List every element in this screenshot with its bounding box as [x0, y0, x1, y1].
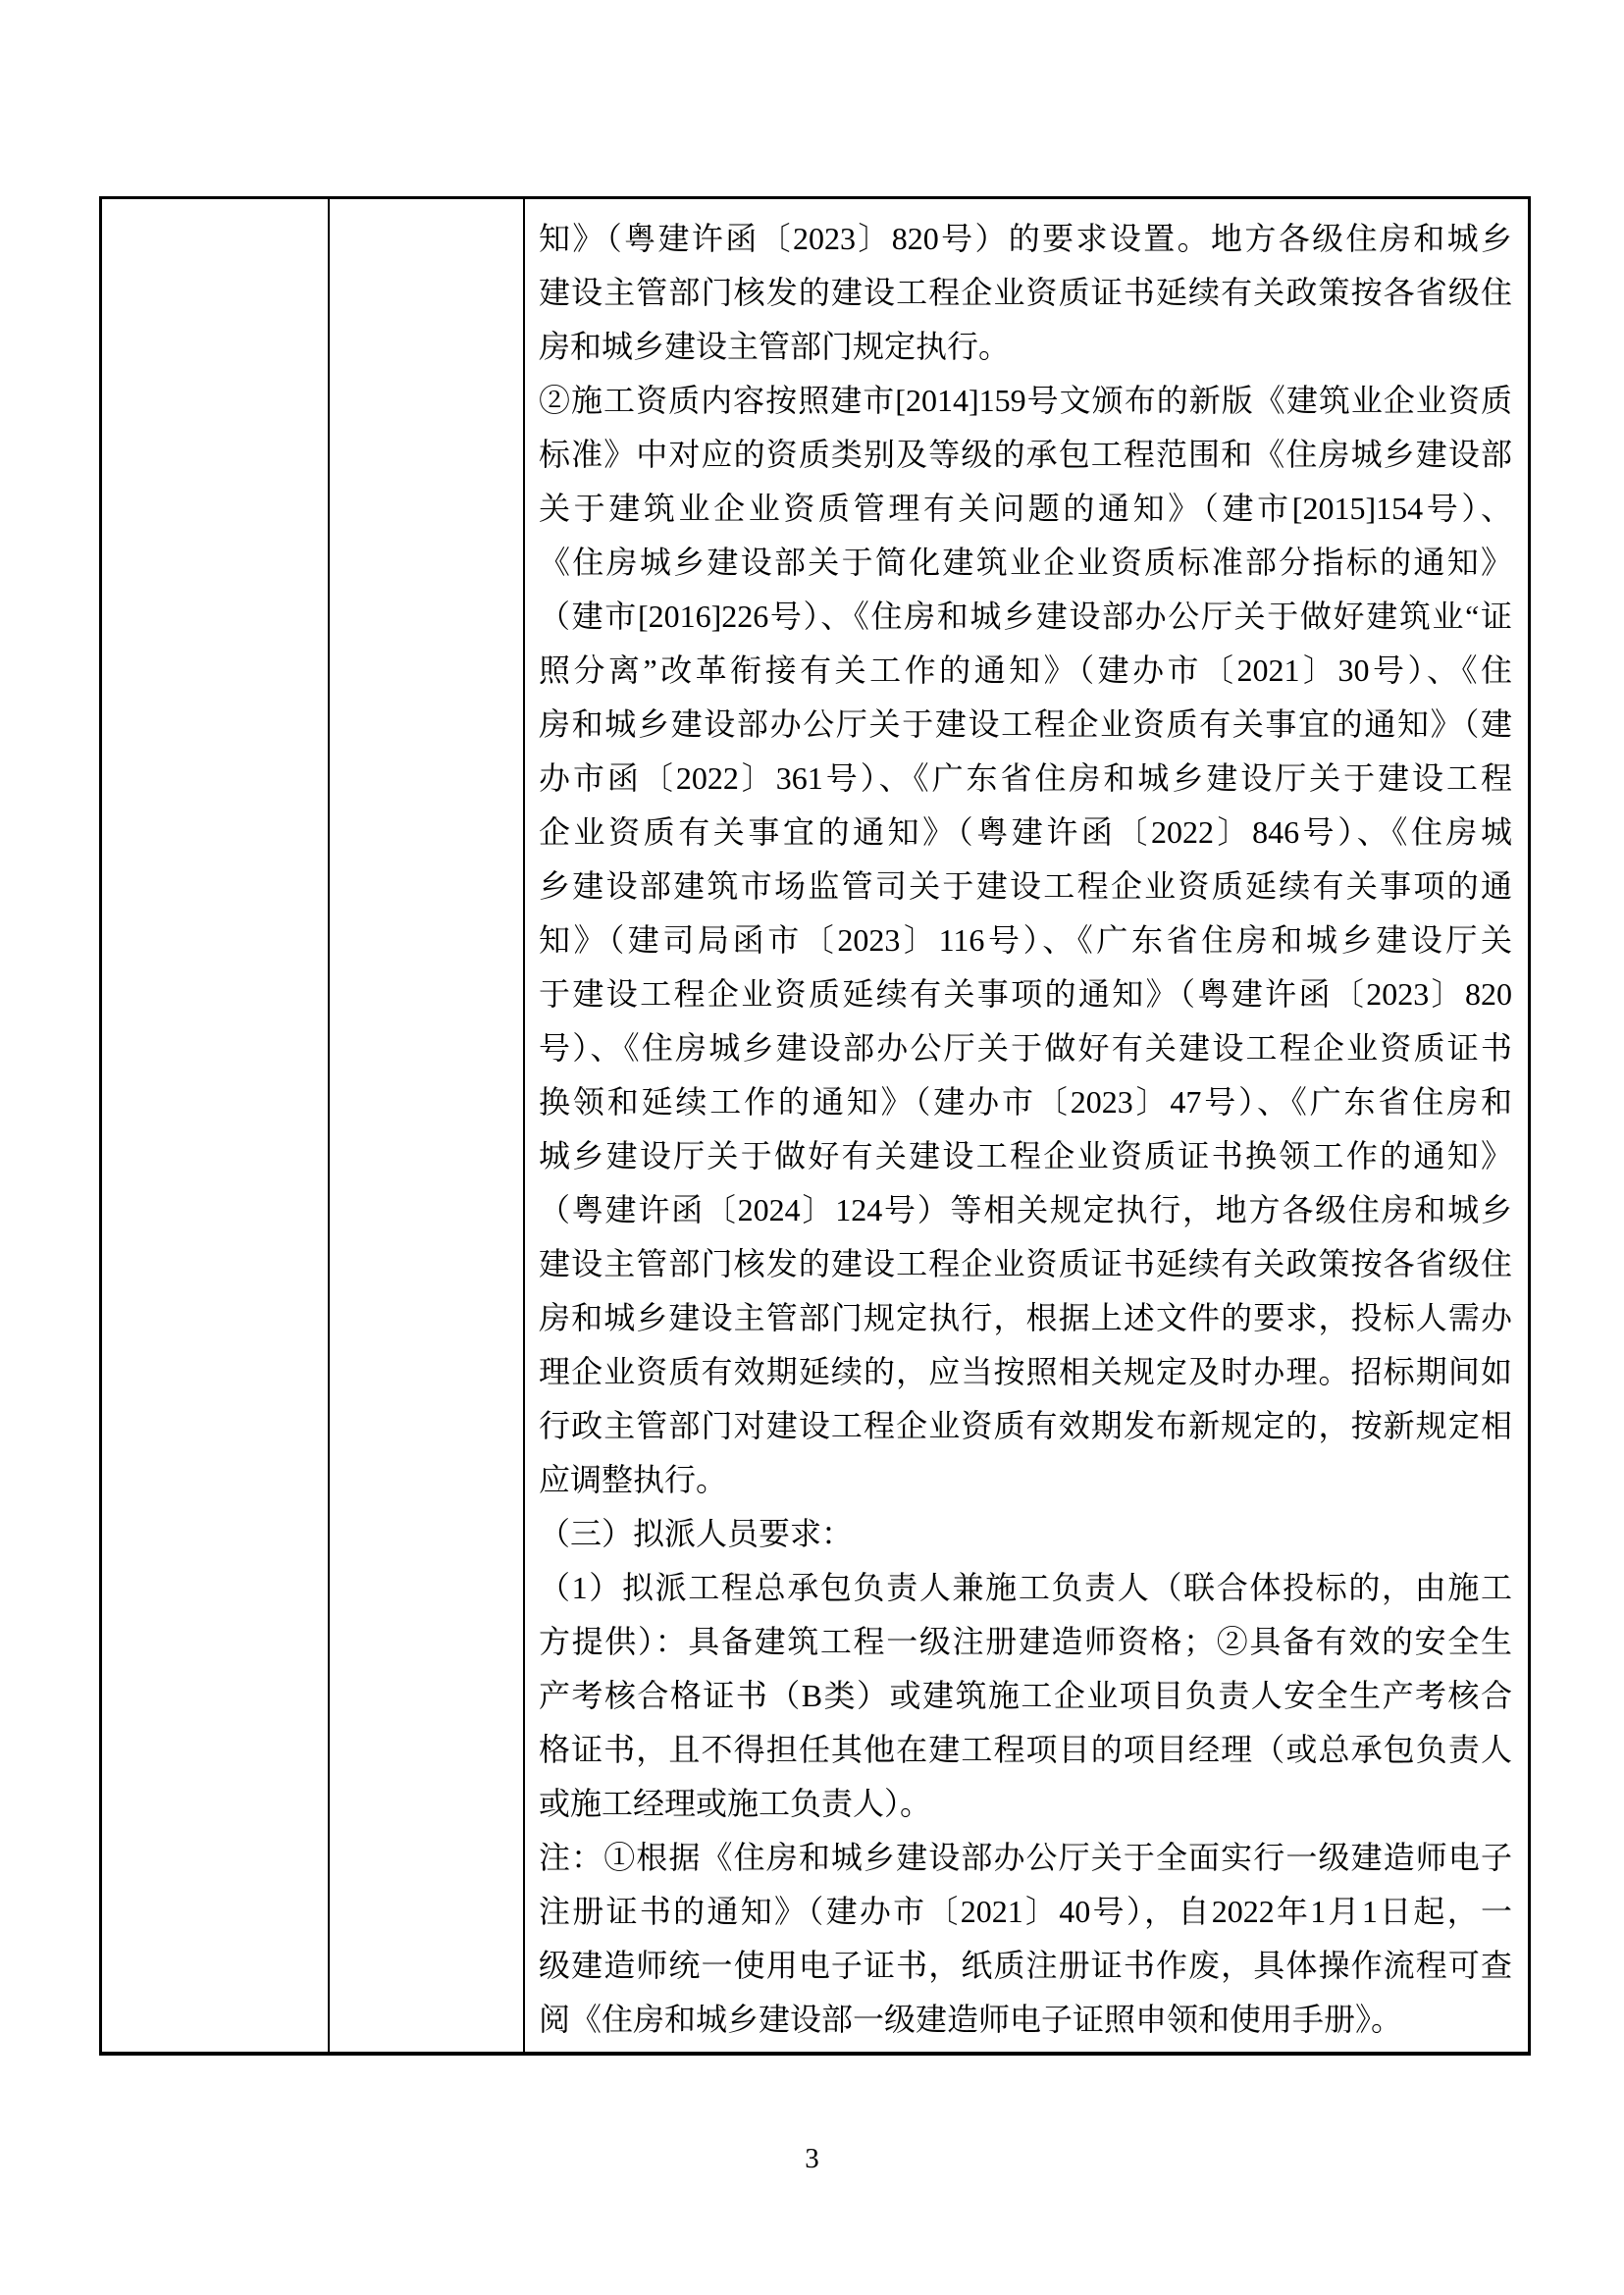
- text-line: 房和城乡建设主管部门规定执行。: [539, 320, 1512, 374]
- text-line: 城乡建设厅关于做好有关建设工程企业资质证书换领工作的通知》: [539, 1129, 1512, 1183]
- text-line: 建设主管部门核发的建设工程企业资质证书延续有关政策按各省级住: [539, 266, 1512, 320]
- text-line: 《住房城乡建设部关于简化建筑业企业资质标准部分指标的通知》: [539, 536, 1512, 590]
- text-line: 换领和延续工作的通知》（建办市〔2023〕47号）、《广东省住房和: [539, 1075, 1512, 1129]
- text-line: ②施工资质内容按照建市[2014]159号文颁布的新版《建筑业企业资质: [539, 374, 1512, 428]
- text-line: 注：①根据《住房和城乡建设部办公厅关于全面实行一级建造师电子: [539, 1831, 1512, 1885]
- text-line: 行政主管部门对建设工程企业资质有效期发布新规定的，按新规定相: [539, 1399, 1512, 1453]
- text-line: 号）、《住房城乡建设部办公厅关于做好有关建设工程企业资质证书: [539, 1021, 1512, 1075]
- text-line: 产考核合格证书（B类）或建筑施工企业项目负责人安全生产考核合: [539, 1669, 1512, 1723]
- text-line: （粤建许函〔2024〕124号）等相关规定执行，地方各级住房和城乡: [539, 1183, 1512, 1237]
- text-line: 知》（建司局函市〔2023〕116号）、《广东省住房和城乡建设厅关: [539, 913, 1512, 967]
- text-line: 房和城乡建设部办公厅关于建设工程企业资质有关事宜的通知》（建: [539, 698, 1512, 752]
- table-cell-left-empty: [102, 199, 330, 2052]
- text-line: （建市[2016]226号）、《住房和城乡建设部办公厅关于做好建筑业“证: [539, 590, 1512, 644]
- page-number: 3: [0, 2141, 1624, 2176]
- text-line: 知》（粤建许函〔2023〕820号）的要求设置。地方各级住房和城乡: [539, 212, 1512, 266]
- text-line: 照分离”改革衔接有关工作的通知》（建办市〔2021〕30号）、《住: [539, 644, 1512, 698]
- requirements-table: 知》（粤建许函〔2023〕820号）的要求设置。地方各级住房和城乡建设主管部门核…: [99, 196, 1531, 2056]
- text-line: 方提供）：具备建筑工程一级注册建造师资格；②具备有效的安全生: [539, 1615, 1512, 1669]
- text-line: （三）拟派人员要求：: [539, 1507, 1512, 1561]
- text-line: 于建设工程企业资质延续有关事项的通知》（粤建许函〔2023〕820: [539, 967, 1512, 1021]
- text-line: 建设主管部门核发的建设工程企业资质证书延续有关政策按各省级住: [539, 1237, 1512, 1291]
- table-cell-content: 知》（粤建许函〔2023〕820号）的要求设置。地方各级住房和城乡建设主管部门核…: [525, 199, 1528, 2052]
- text-line: 标准》中对应的资质类别及等级的承包工程范围和《住房城乡建设部: [539, 428, 1512, 482]
- table-cell-middle-empty: [330, 199, 525, 2052]
- text-line: 房和城乡建设主管部门规定执行，根据上述文件的要求，投标人需办: [539, 1291, 1512, 1345]
- text-line: 乡建设部建筑市场监管司关于建设工程企业资质延续有关事项的通: [539, 860, 1512, 913]
- text-line: 注册证书的通知》（建办市〔2021〕40号），自2022年1月1日起，一: [539, 1885, 1512, 1939]
- text-line: 格证书，且不得担任其他在建工程项目的项目经理（或总承包负责人: [539, 1723, 1512, 1777]
- text-line: 级建造师统一使用电子证书，纸质注册证书作废，具体操作流程可查: [539, 1939, 1512, 1993]
- text-line: 办市函〔2022〕361号）、《广东省住房和城乡建设厅关于建设工程: [539, 752, 1512, 806]
- text-line: 应调整执行。: [539, 1453, 1512, 1507]
- text-line: 或施工经理或施工负责人）。: [539, 1777, 1512, 1831]
- text-line: （1）拟派工程总承包负责人兼施工负责人（联合体投标的，由施工: [539, 1561, 1512, 1615]
- text-line: 理企业资质有效期延续的，应当按照相关规定及时办理。招标期间如: [539, 1345, 1512, 1399]
- text-line: 关于建筑业企业资质管理有关问题的通知》（建市[2015]154号）、: [539, 482, 1512, 536]
- text-line: 阅《住房和城乡建设部一级建造师电子证照申领和使用手册》。: [539, 1993, 1512, 2047]
- text-line: 企业资质有关事宜的通知》（粤建许函〔2022〕846号）、《住房城: [539, 806, 1512, 860]
